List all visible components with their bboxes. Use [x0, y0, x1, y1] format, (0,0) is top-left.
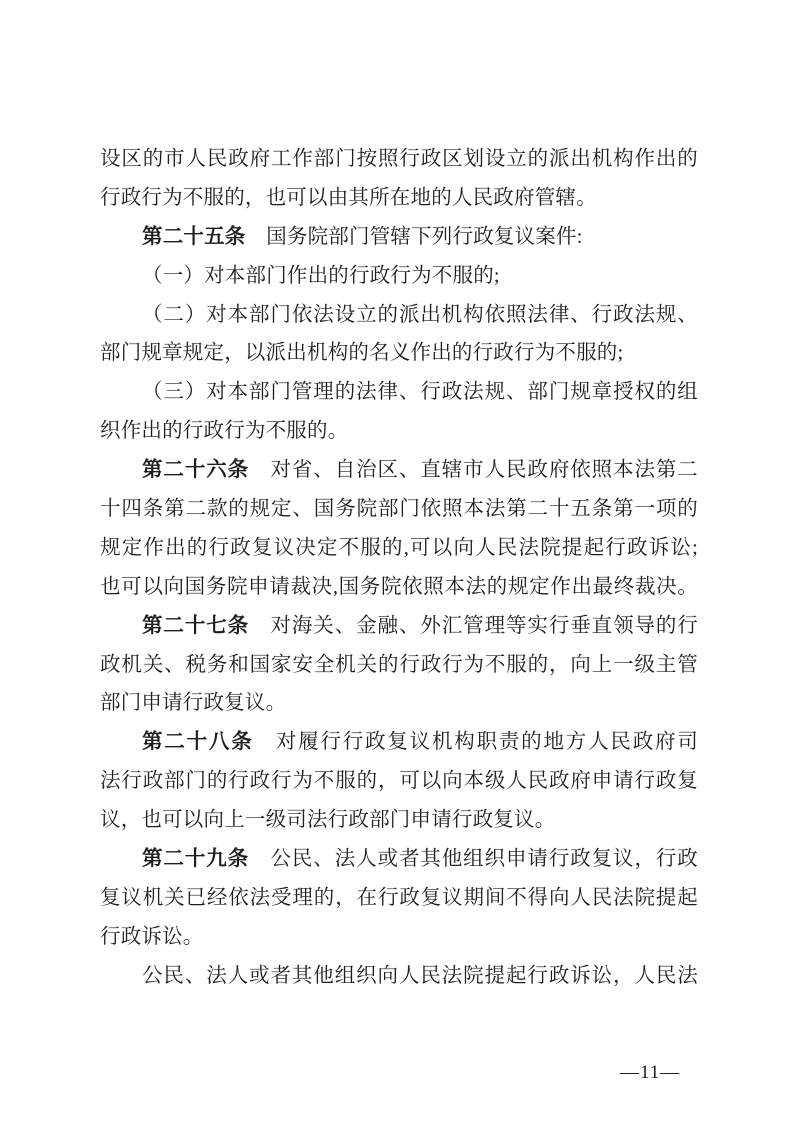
text-line: 第二十六条 对省、自治区、直辖市人民政府依照本法第二 — [100, 451, 698, 490]
text-line: 第二十八条 对履行行政复议机构职责的地方人民政府司 — [100, 723, 698, 762]
text-line: （二）对本部门依法设立的派出机构依照法律、行政法规、 — [100, 296, 698, 335]
text-line: 部门规章规定，以派出机构的名义作出的行政行为不服的; — [100, 334, 698, 373]
text-line: 第二十九条 公民、法人或者其他组织申请行政复议，行政 — [100, 840, 698, 879]
document-page: 设区的市人民政府工作部门按照行政区划设立的派出机构作出的行政行为不服的，也可以由… — [0, 0, 793, 1122]
text-line: 设区的市人民政府工作部门按照行政区划设立的派出机构作出的 — [100, 140, 698, 179]
article-number: 第二十八条 — [142, 730, 254, 753]
article-number: 第二十五条 — [142, 225, 246, 248]
article-number: 第二十九条 — [142, 847, 249, 870]
text-line: 法行政部门的行政行为不服的，可以向本级人民政府申请行政复 — [100, 762, 698, 801]
text-line: 行政行为不服的，也可以由其所在地的人民政府管辖。 — [100, 179, 698, 218]
text-line: 织作出的行政行为不服的。 — [100, 412, 698, 451]
text-line: （一）对本部门作出的行政行为不服的; — [100, 257, 698, 296]
text-line: 也可以向国务院申请裁决,国务院依照本法的规定作出最终裁决。 — [100, 568, 698, 607]
text-line: 第二十五条 国务院部门管辖下列行政复议案件: — [100, 218, 698, 257]
text-line: 部门申请行政复议。 — [100, 684, 698, 723]
text-line: 十四条第二款的规定、国务院部门依照本法第二十五条第一项的 — [100, 490, 698, 529]
article-number: 第二十六条 — [142, 458, 249, 481]
text-line: 政机关、税务和国家安全机关的行政行为不服的，向上一级主管 — [100, 646, 698, 685]
article-number: 第二十七条 — [142, 614, 249, 637]
text-line: 复议机关已经依法受理的，在行政复议期间不得向人民法院提起 — [100, 879, 698, 918]
text-line: 行政诉讼。 — [100, 918, 698, 957]
text-line: 公民、法人或者其他组织向人民法院提起行政诉讼，人民法 — [100, 957, 698, 996]
text-line: 议，也可以向上一级司法行政部门申请行政复议。 — [100, 801, 698, 840]
text-line: 规定作出的行政复议决定不服的,可以向人民法院提起行政诉讼; — [100, 529, 698, 568]
text-line: 第二十七条 对海关、金融、外汇管理等实行垂直领导的行 — [100, 607, 698, 646]
text-line: （三）对本部门管理的法律、行政法规、部门规章授权的组 — [100, 373, 698, 412]
document-body: 设区的市人民政府工作部门按照行政区划设立的派出机构作出的行政行为不服的，也可以由… — [100, 140, 698, 996]
page-number: —11— — [620, 1062, 680, 1084]
